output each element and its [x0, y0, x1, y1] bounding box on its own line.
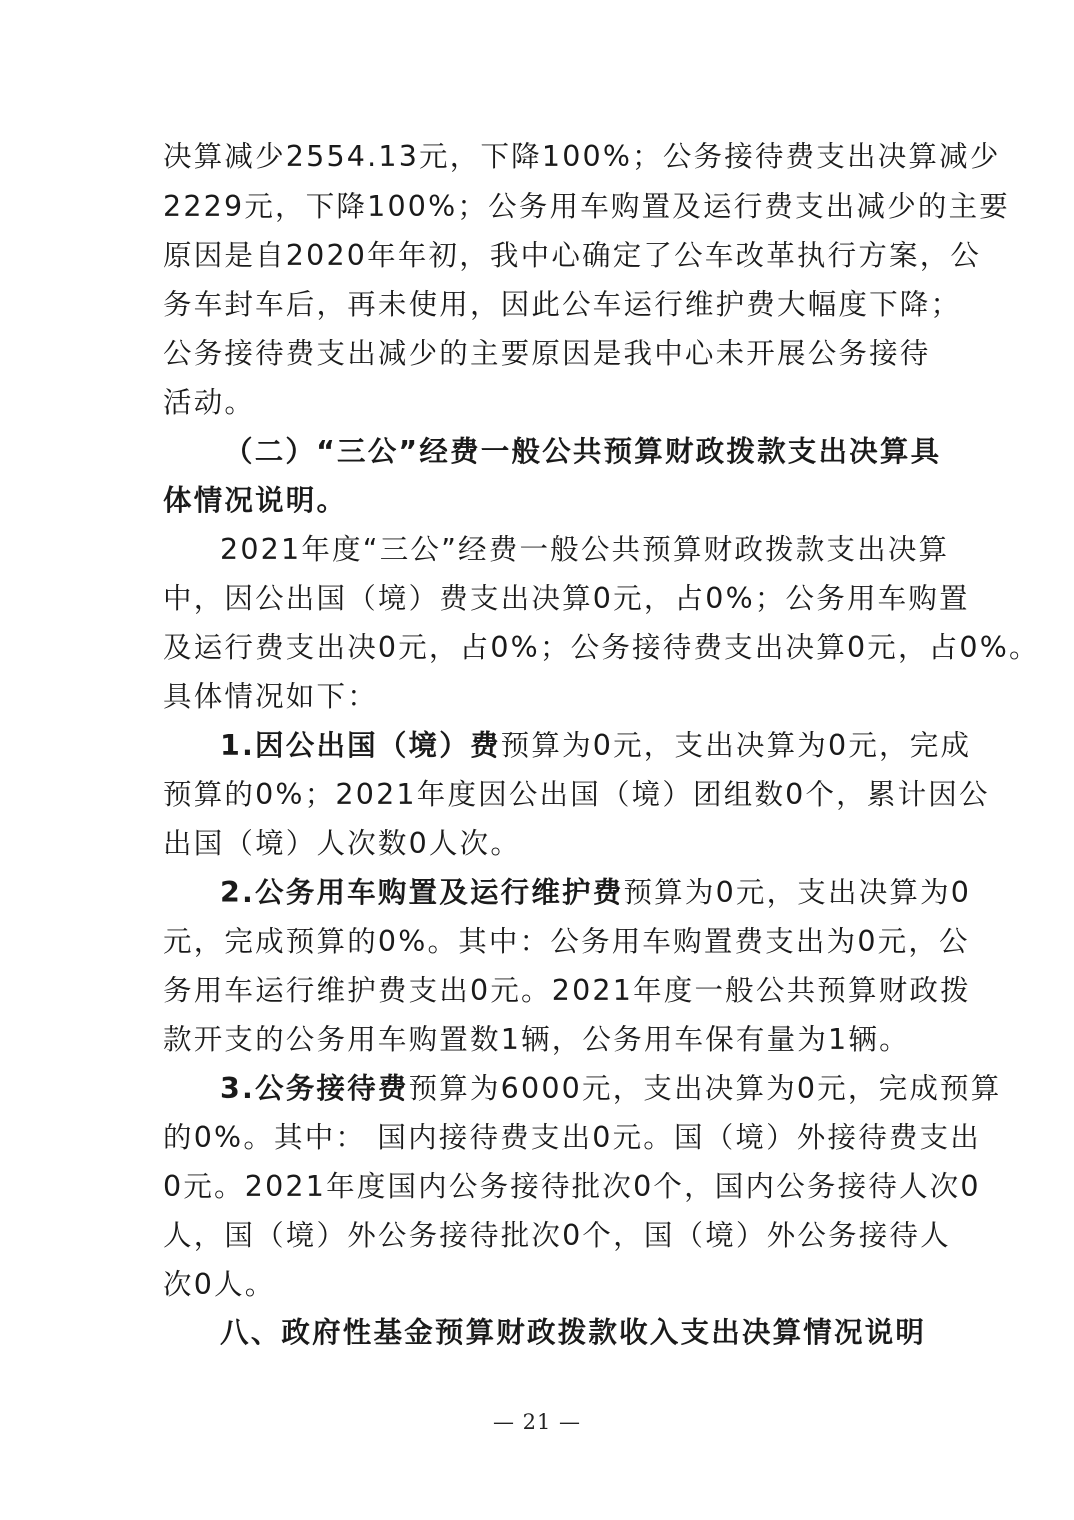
body-text-line: 2021年度“三公”经费一般公共预算财政拨款支出决算 — [220, 526, 980, 574]
item-2-title: 2.公务用车购置及运行维护费 — [220, 876, 623, 909]
body-text-line: 及运行费支出决0元，占0%；公务接待费支出决算0元，占0%。 — [163, 624, 923, 672]
section-heading: 八、政府性基金预算财政拨款收入支出决算情况说明 — [220, 1309, 980, 1357]
body-text-line: 的0%。其中： 国内接待费支出0元。国（境）外接待费支出 — [163, 1114, 923, 1162]
item-1-line: 1.因公出国（境）费预算为0元，支出决算为0元，完成 — [220, 722, 980, 770]
body-text-line: 活动。 — [163, 379, 923, 427]
item-3-text: 预算为6000元，支出决算为0元，完成预算 — [409, 1072, 1002, 1105]
section-heading: （二）“三公”经费一般公共预算财政拨款支出决算具 — [224, 428, 984, 476]
body-text-line: 出国（境）人次数0人次。 — [163, 820, 923, 868]
item-2-text: 预算为0元，支出决算为0 — [623, 876, 971, 909]
body-text-line: 务用车运行维护费支出0元。2021年度一般公共预算财政拨 — [163, 967, 923, 1015]
item-1-title: 1.因公出国（境）费 — [220, 729, 501, 762]
body-text-line: 人，国（境）外公务接待批次0个，国（境）外公务接待人 — [163, 1212, 923, 1260]
body-text-line: 预算的0%；2021年度因公出国（境）团组数0个，累计因公 — [163, 771, 923, 819]
item-3-title: 3.公务接待费 — [220, 1072, 409, 1105]
section-heading: 体情况说明。 — [163, 477, 923, 525]
item-2-line: 2.公务用车购置及运行维护费预算为0元，支出决算为0 — [220, 869, 980, 917]
body-text-line: 具体情况如下： — [163, 673, 923, 721]
body-text-line: 2229元，下降100%；公务用车购置及运行费支出减少的主要 — [163, 183, 923, 231]
body-text-line: 元，完成预算的0%。其中：公务用车购置费支出为0元，公 — [163, 918, 923, 966]
body-text-line: 0元。2021年度国内公务接待批次0个，国内公务接待人次0 — [163, 1163, 923, 1211]
body-text-line: 决算减少2554.13元，下降100%；公务接待费支出决算减少 — [163, 133, 923, 181]
body-text-line: 次0人。 — [163, 1261, 923, 1309]
item-1-text: 预算为0元，支出决算为0元，完成 — [501, 729, 971, 762]
item-3-line: 3.公务接待费预算为6000元，支出决算为0元，完成预算 — [220, 1065, 980, 1113]
body-text-line: 款开支的公务用车购置数1辆，公务用车保有量为1辆。 — [163, 1016, 923, 1064]
body-text-line: 公务接待费支出减少的主要原因是我中心未开展公务接待 — [163, 330, 923, 378]
body-text-line: 中，因公出国（境）费支出决算0元，占0%；公务用车购置 — [163, 575, 923, 623]
page-number: — 21 — — [0, 1410, 1074, 1434]
body-text-line: 原因是自2020年年初，我中心确定了公车改革执行方案，公 — [163, 232, 923, 280]
body-text-line: 务车封车后，再未使用，因此公车运行维护费大幅度下降； — [163, 281, 923, 329]
document-page: 决算减少2554.13元，下降100%；公务接待费支出决算减少 2229元，下降… — [0, 0, 1074, 1520]
